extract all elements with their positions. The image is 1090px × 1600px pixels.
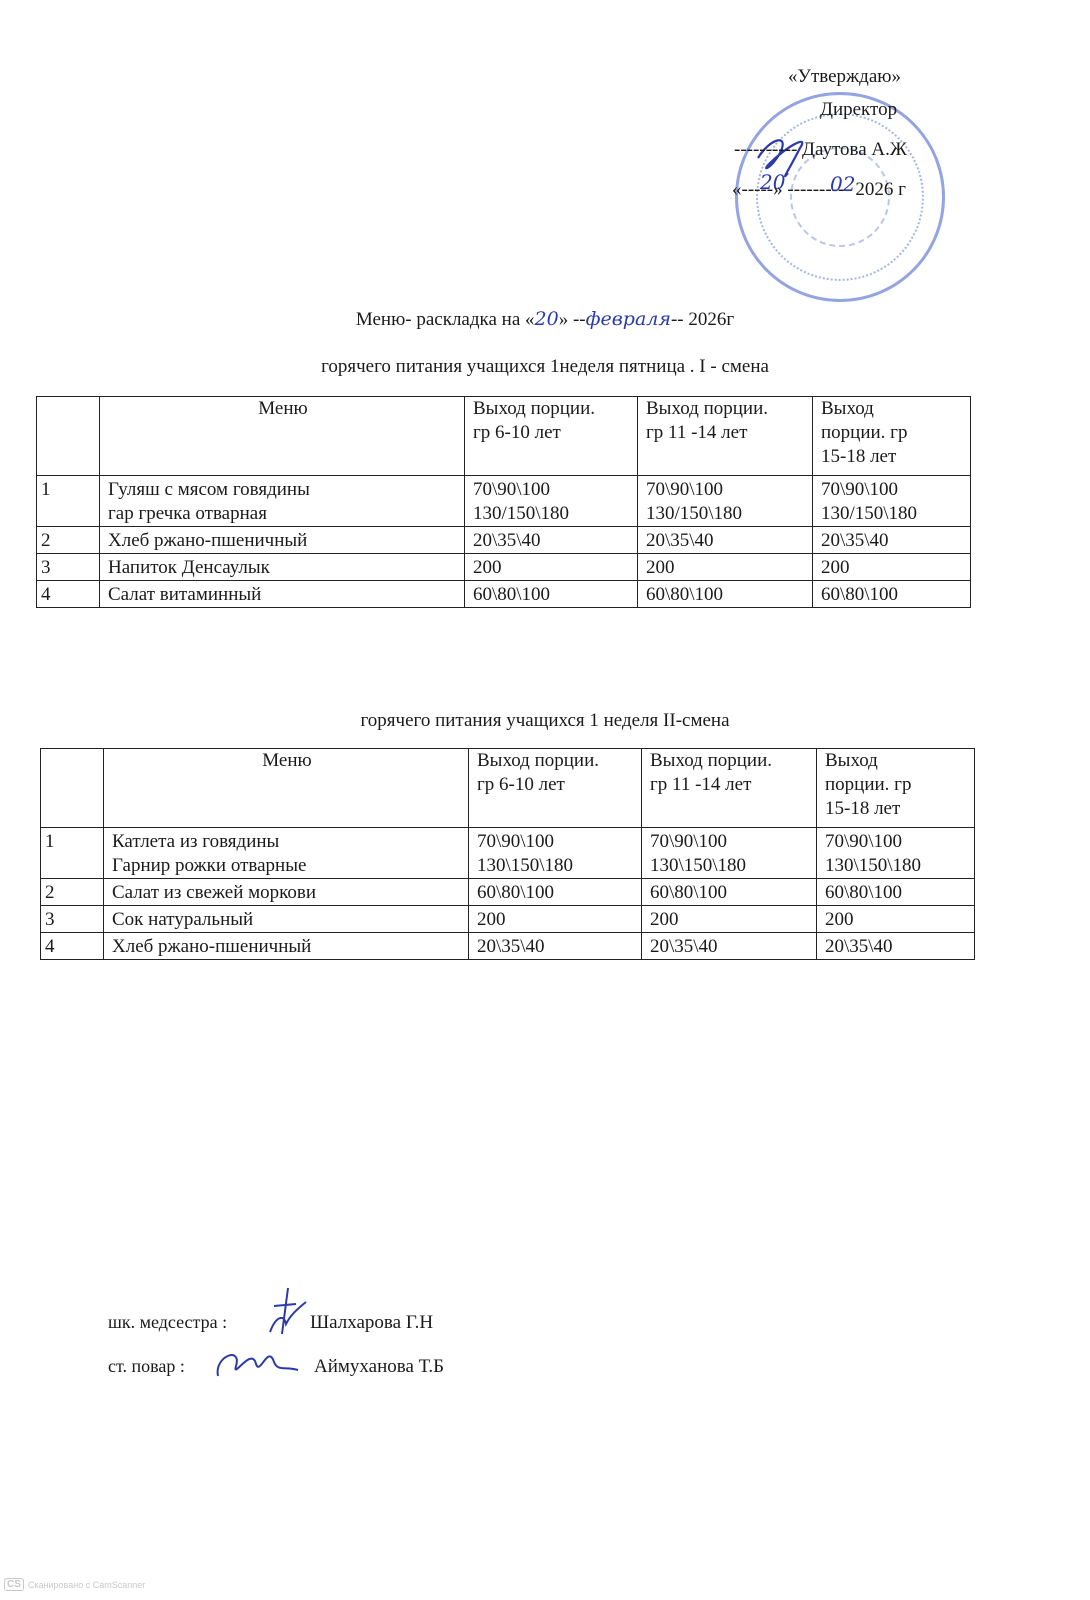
portion-6-10: 60\80\100: [465, 581, 638, 608]
header-num: [41, 749, 104, 828]
portion-11-14: 200: [642, 906, 817, 933]
row-number: 2: [37, 527, 100, 554]
nurse-name: Шалхарова Г.Н: [310, 1312, 433, 1334]
dish-name: Хлеб ржано-пшеничный: [100, 527, 465, 554]
shift2-menu-table: Меню Выход порции.гр 6-10 лет Выход порц…: [40, 748, 975, 960]
approval-name: ---------- Даутова А.Ж: [734, 130, 980, 170]
portion-11-14: 20\35\40: [642, 933, 817, 960]
portion-6-10: 200: [469, 906, 642, 933]
portion-15-18: 200: [813, 554, 971, 581]
row-number: 4: [41, 933, 104, 960]
portion-11-14: 200: [638, 554, 813, 581]
row-number: 1: [41, 828, 104, 879]
portion-6-10: 20\35\40: [465, 527, 638, 554]
cook-role: ст. повар :: [108, 1356, 216, 1377]
header-menu: Меню: [100, 397, 465, 476]
dish-name: Катлета из говядиныГарнир рожки отварные: [104, 828, 469, 879]
portion-6-10: 60\80\100: [469, 879, 642, 906]
portion-11-14: 70\90\100130/150\180: [638, 476, 813, 527]
header-group-6-10: Выход порции.гр 6-10 лет: [469, 749, 642, 828]
portion-11-14: 60\80\100: [642, 879, 817, 906]
camscanner-logo-icon: CS: [4, 1578, 24, 1591]
approval-block: «Утверждаю» Директор ---------- Даутова …: [780, 64, 980, 210]
title-prefix: Меню- раскладка на «: [356, 309, 535, 330]
header-group-11-14: Выход порции.гр 11 -14 лет: [638, 397, 813, 476]
cook-signature-icon: [212, 1336, 302, 1384]
handwritten-day: 20: [760, 170, 785, 194]
page-title: Меню- раскладка на «20» --февраля-- 2026…: [0, 308, 1090, 331]
table-header-row: Меню Выход порции.гр 6-10 лет Выход порц…: [37, 397, 971, 476]
portion-15-18: 20\35\40: [817, 933, 975, 960]
table-header-row: Меню Выход порции.гр 6-10 лет Выход порц…: [41, 749, 975, 828]
row-number: 3: [37, 554, 100, 581]
row-number: 2: [41, 879, 104, 906]
nurse-signature-icon: [262, 1286, 312, 1338]
portion-15-18: 20\35\40: [813, 527, 971, 554]
nurse-role: шк. медсестра :: [108, 1312, 264, 1333]
cook-name: Аймуханова Т.Б: [314, 1356, 444, 1378]
portion-15-18: 70\90\100130\150\180: [817, 828, 975, 879]
table-row: 3Сок натуральный200200200: [41, 906, 975, 933]
row-number: 4: [37, 581, 100, 608]
shift2-subtitle: горячего питания учащихся 1 неделя II-см…: [0, 710, 1090, 732]
title-mid: » --: [559, 309, 586, 330]
dish-name: Салат витаминный: [100, 581, 465, 608]
scanner-text: Сканировано с CamScanner: [28, 1580, 145, 1590]
dish-name: Напиток Денсаулык: [100, 554, 465, 581]
portion-11-14: 60\80\100: [638, 581, 813, 608]
portion-6-10: 20\35\40: [469, 933, 642, 960]
row-number: 3: [41, 906, 104, 933]
shift1-subtitle: горячего питания учащихся 1неделя пятниц…: [0, 356, 1090, 378]
portion-11-14: 20\35\40: [638, 527, 813, 554]
header-group-15-18: Выходпорции. гр15-18 лет: [817, 749, 975, 828]
portion-6-10: 200: [465, 554, 638, 581]
portion-6-10: 70\90\100130/150\180: [465, 476, 638, 527]
approval-heading: «Утверждаю»: [780, 64, 980, 90]
scanner-watermark: CS Сканировано с CamScanner: [4, 1578, 145, 1591]
title-day: 20: [535, 308, 559, 330]
table-row: 4Салат витаминный60\80\10060\80\10060\80…: [37, 581, 971, 608]
dish-name: Салат из свежей моркови: [104, 879, 469, 906]
header-group-15-18: Выходпорции. гр15-18 лет: [813, 397, 971, 476]
portion-11-14: 70\90\100130\150\180: [642, 828, 817, 879]
approval-position: Директор: [780, 90, 980, 130]
header-group-11-14: Выход порции.гр 11 -14 лет: [642, 749, 817, 828]
portion-15-18: 70\90\100130/150\180: [813, 476, 971, 527]
portion-6-10: 70\90\100130\150\180: [469, 828, 642, 879]
shift1-menu-table: Меню Выход порции.гр 6-10 лет Выход порц…: [36, 396, 971, 608]
table-row: 3Напиток Денсаулык200200200: [37, 554, 971, 581]
handwritten-month: 02: [830, 172, 855, 196]
title-month: февраля: [586, 308, 671, 330]
table-row: 2Хлеб ржано-пшеничный20\35\4020\35\4020\…: [37, 527, 971, 554]
table-row: 1Катлета из говядиныГарнир рожки отварны…: [41, 828, 975, 879]
portion-15-18: 60\80\100: [813, 581, 971, 608]
title-suffix: -- 2026г: [671, 309, 734, 330]
header-group-6-10: Выход порции.гр 6-10 лет: [465, 397, 638, 476]
dish-name: Хлеб ржано-пшеничный: [104, 933, 469, 960]
row-number: 1: [37, 476, 100, 527]
table-row: 4Хлеб ржано-пшеничный20\35\4020\35\4020\…: [41, 933, 975, 960]
header-menu: Меню: [104, 749, 469, 828]
header-num: [37, 397, 100, 476]
dish-name: Сок натуральный: [104, 906, 469, 933]
portion-15-18: 60\80\100: [817, 879, 975, 906]
table-row: 1Гуляш с мясом говядиныгар гречка отварн…: [37, 476, 971, 527]
dish-name: Гуляш с мясом говядиныгар гречка отварна…: [100, 476, 465, 527]
table-row: 2Салат из свежей моркови60\80\10060\80\1…: [41, 879, 975, 906]
portion-15-18: 200: [817, 906, 975, 933]
